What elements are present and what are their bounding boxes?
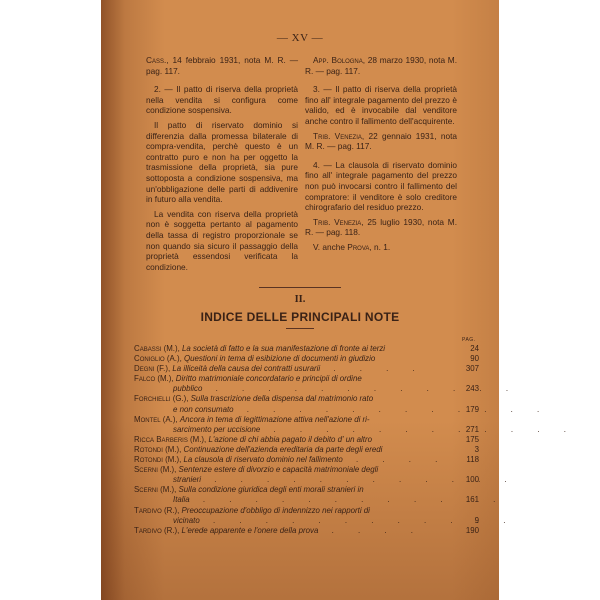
- entry-page: 161: [449, 495, 479, 505]
- index-entry: Montel (A.), Ancora in tema di legittima…: [134, 415, 479, 435]
- entry-line: Cabassi (M.), La società di fatto e la s…: [134, 344, 441, 354]
- index-entry: Scerni (M.), Sulla condizione giuridica …: [134, 485, 479, 505]
- entry-continuation: stranieri . . . . . . . . . . . .: [134, 475, 441, 485]
- entry-title: Sulla trascrizione della dispensa dal ma…: [191, 394, 373, 403]
- paragraph: 2. — Il patto di riserva della proprietà…: [146, 84, 298, 116]
- entry-author: Tardivo (R.),: [134, 506, 182, 515]
- entry-title: L'erede apparente e l'onere della prova: [182, 526, 319, 535]
- paragraph-text: , n. 1.: [369, 242, 390, 252]
- section-title: INDICE DELLE PRINCIPALI NOTE: [101, 310, 499, 324]
- entry-page: 175: [449, 435, 479, 445]
- entry-title-cont: pubblico: [173, 384, 202, 393]
- paragraph: V. anche Prova, n. 1.: [305, 242, 457, 253]
- entry-author: Rotondi (M.),: [134, 455, 184, 464]
- entry-line: Ricca Barberis (M.), L'azione di chi abb…: [134, 435, 441, 445]
- entry-page: 3: [449, 445, 479, 455]
- entry-title: L'azione di chi abbia pagato il debito d…: [208, 435, 372, 444]
- paragraph: Trib. Venezia, 25 luglio 1930, nota M. R…: [305, 217, 457, 238]
- court-name: Trib. Venezia: [313, 131, 362, 141]
- entry-title-cont: vicinato: [173, 516, 200, 525]
- paragraph: 3. — Il patto di riserva della proprietà…: [305, 84, 457, 126]
- entry-author: Tardivo (R.),: [134, 526, 182, 535]
- entry-title: La clausola di riservato dominio nel fal…: [184, 455, 343, 464]
- paragraph-text: , 14 febbraio 1931, nota M. R. — pag. 11…: [146, 55, 298, 76]
- entry-title-cont: e non consumato: [173, 405, 234, 414]
- pag-column-label: PAG.: [462, 337, 476, 343]
- paragraph-text: Il patto di riservato dominio si differe…: [146, 120, 298, 204]
- paragraph: 4. — La clausola di riservato dominio fi…: [305, 160, 457, 213]
- entry-author: Falco (M.),: [134, 374, 176, 383]
- book-page: — XV — Cass., 14 febbraio 1931, nota M. …: [101, 0, 499, 600]
- court-name: App. Bologna: [313, 55, 363, 65]
- leader-dots: . . . . . . . . . . . .: [234, 405, 551, 414]
- entry-title: Sentenze estere di divorzio e capacità m…: [179, 465, 379, 474]
- leader-dots: . . . .: [343, 455, 449, 464]
- entry-title: Preoccupazione d'obbligo di indennizzo n…: [182, 506, 370, 515]
- entry-line: Montel (A.), Ancora in tema di legittima…: [134, 415, 441, 425]
- entry-author: Ricca Barberis (M.),: [134, 435, 208, 444]
- entry-author: Scerni (M.),: [134, 485, 179, 494]
- right-column: App. Bologna, 28 marzo 1930, nota M. R. …: [305, 55, 457, 257]
- entry-title: Ancora in tema di legittimazione attiva …: [180, 415, 370, 424]
- entry-author: Coniglio (A.),: [134, 354, 184, 363]
- index-entry: Coniglio (A.), Questioni in tema di esib…: [134, 354, 479, 364]
- entry-title: La società di fatto e la sua manifestazi…: [182, 344, 385, 353]
- entry-page: 118: [449, 455, 479, 465]
- entry-page: 271: [449, 425, 479, 435]
- page-number: — XV —: [101, 32, 499, 44]
- entry-line: Coniglio (A.), Questioni in tema di esib…: [134, 354, 441, 364]
- entry-author: Degni (F.),: [134, 364, 172, 373]
- title-underline: [286, 328, 314, 329]
- left-column: Cass., 14 febbraio 1931, nota M. R. — pa…: [146, 55, 298, 276]
- entry-title-cont: Italia: [173, 495, 190, 504]
- entry-author: Montel (A.),: [134, 415, 180, 424]
- entry-page: 90: [449, 354, 479, 364]
- paragraph-text: 3. — Il patto di riserva della proprietà…: [305, 84, 457, 126]
- entry-author: Rotondi (M.),: [134, 445, 184, 454]
- section-number: II.: [101, 294, 499, 305]
- entry-line: Scerni (M.), Sulla condizione giuridica …: [134, 485, 441, 495]
- court-name: Prova: [347, 242, 369, 252]
- entry-page: 100: [449, 475, 479, 485]
- index-entry: Tardivo (R.), L'erede apparente e l'oner…: [134, 526, 479, 536]
- entry-page: 179: [449, 405, 479, 415]
- entry-continuation: pubblico . . . . . . . . . . . .: [134, 384, 441, 394]
- paragraph: Trib. Venezia, 22 gennaio 1931, nota M. …: [305, 131, 457, 152]
- index-entry: Falco (M.), Diritto matrimoniale concord…: [134, 374, 479, 394]
- entry-continuation: sarcimento per uccisione . . . . . . . .…: [134, 425, 441, 435]
- entry-title-cont: sarcimento per uccisione: [173, 425, 260, 434]
- entry-continuation: Italia . . . . . . . . . . . .: [134, 495, 441, 505]
- entry-line: Tardivo (R.), L'erede apparente e l'oner…: [134, 526, 441, 536]
- entry-author: Cabassi (M.),: [134, 344, 182, 353]
- entry-page: 24: [449, 344, 479, 354]
- court-name: Cass.: [146, 55, 166, 65]
- leader-dots: . . . .: [320, 364, 426, 373]
- index-entry: Cabassi (M.), La società di fatto e la s…: [134, 344, 479, 354]
- entry-line: Degni (F.), La illiceità della causa dei…: [134, 364, 441, 374]
- index-entry: Rotondi (M.), La clausola di riservato d…: [134, 455, 479, 465]
- court-name: Trib. Venezia: [313, 217, 361, 227]
- index-entry: Scerni (M.), Sentenze estere di divorzio…: [134, 465, 479, 485]
- index-list: Cabassi (M.), La società di fatto e la s…: [134, 344, 479, 536]
- entry-page: 243: [449, 384, 479, 394]
- paragraph-text: 4. — La clausola di riservato dominio fi…: [305, 160, 457, 212]
- index-entry: Ricca Barberis (M.), L'azione di chi abb…: [134, 435, 479, 445]
- lead-text: V. anche: [313, 242, 347, 252]
- entry-author: Scerni (M.),: [134, 465, 179, 474]
- entry-page: 190: [449, 526, 479, 536]
- entry-line: Tardivo (R.), Preoccupazione d'obbligo d…: [134, 506, 441, 516]
- index-entry: Forchielli (G.), Sulla trascrizione dell…: [134, 394, 479, 414]
- entry-line: Forchielli (G.), Sulla trascrizione dell…: [134, 394, 441, 404]
- entry-title-cont: stranieri: [173, 475, 201, 484]
- entry-title: La illiceità della causa dei contratti u…: [172, 364, 320, 373]
- paragraph-text: La vendita con riserva della proprietà n…: [146, 209, 298, 272]
- leader-dots: . . . .: [318, 526, 424, 535]
- entry-page: 307: [449, 364, 479, 374]
- entry-continuation: vicinato . . . . . . . . . . . .: [134, 516, 441, 526]
- paragraph-text: 2. — Il patto di riserva della proprietà…: [146, 84, 298, 115]
- entry-title: Continuazione dell'azienda ereditaria da…: [184, 445, 383, 454]
- entry-title: Sulla condizione giuridica degli enti mo…: [179, 485, 364, 494]
- index-entry: Rotondi (M.), Continuazione dell'azienda…: [134, 445, 479, 455]
- index-entry: Tardivo (R.), Preoccupazione d'obbligo d…: [134, 506, 479, 526]
- paragraph: Il patto di riservato dominio si differe…: [146, 120, 298, 205]
- entry-author: Forchielli (G.),: [134, 394, 191, 403]
- paragraph: La vendita con riserva della proprietà n…: [146, 209, 298, 273]
- paragraph: Cass., 14 febbraio 1931, nota M. R. — pa…: [146, 55, 298, 76]
- leader-dots: . . . . . . . . . . . .: [260, 425, 577, 434]
- index-entry: Degni (F.), La illiceità della causa dei…: [134, 364, 479, 374]
- entry-line: Rotondi (M.), La clausola di riservato d…: [134, 455, 441, 465]
- entry-line: Rotondi (M.), Continuazione dell'azienda…: [134, 445, 441, 455]
- entry-title: Diritto matrimoniale concordatario e pri…: [176, 374, 362, 383]
- entry-line: Scerni (M.), Sentenze estere di divorzio…: [134, 465, 441, 475]
- entry-line: Falco (M.), Diritto matrimoniale concord…: [134, 374, 441, 384]
- entry-continuation: e non consumato . . . . . . . . . . . .: [134, 405, 441, 415]
- section-divider: [259, 287, 341, 288]
- paragraph: App. Bologna, 28 marzo 1930, nota M. R. …: [305, 55, 457, 76]
- entry-title: Questioni in tema di esibizione di docum…: [184, 354, 375, 363]
- entry-page: 9: [449, 516, 479, 526]
